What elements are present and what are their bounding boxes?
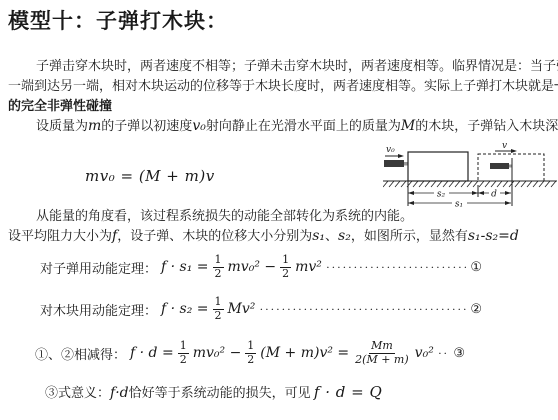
fraction-Mm-over-2Mm: Mm2(M + m) xyxy=(353,340,411,366)
intro-text-2: 一端到达另一端，相对木块运动的位移等于木块长度时，两者速度相等。实际上子弹打木块… xyxy=(8,78,554,93)
assume-text-4: ，如图所示，显然有 xyxy=(351,228,468,243)
s2-arrowhead-right xyxy=(472,191,478,195)
ground-hatch xyxy=(383,181,556,187)
relation-s1-s2-d: s₁-s₂=d xyxy=(468,228,519,244)
v0-arrowhead xyxy=(398,154,404,158)
v-label: v xyxy=(502,141,507,151)
document-page: 模型十：子弹打木块： 子弹击穿木块时，两者速度不相等；子弹未击穿木块时，两者速度… xyxy=(0,0,558,420)
var-s2: s₂ xyxy=(338,228,351,244)
s1-label: s₁ xyxy=(455,200,463,210)
v0-label: v₀ xyxy=(386,145,395,155)
s2-arrowhead-left xyxy=(408,191,414,195)
s2-label: s₂ xyxy=(437,190,446,200)
equation-1-row: 对子弹用动能定理： f · s₁ = 12 mv₀² − 12 mv² ····… xyxy=(40,250,482,284)
intro-line-1: 子弹击穿木块时，两者速度不相等；子弹未击穿木块时，两者速度相等。临界情况是：当子… xyxy=(36,57,558,75)
var-s1: s₁ xyxy=(312,228,325,244)
equation-1-label: 对子弹用动能定理： xyxy=(40,258,157,277)
bullet-block-figure: v₀ v s₂ d s₁ xyxy=(383,140,557,215)
d-label: d xyxy=(491,190,497,200)
fraction-one-half: 12 xyxy=(280,254,291,280)
fd-equals-Q: f · d = Q xyxy=(314,383,382,401)
bullet-final xyxy=(490,163,509,169)
eq1-term-1: mv₀² − xyxy=(228,259,277,275)
v-arrowhead xyxy=(511,149,517,153)
fraction-one-half: 12 xyxy=(245,340,256,366)
eq3-term-3: v₀² xyxy=(415,345,434,361)
meaning-text-2: 恰好等于系统动能的损失，可见 xyxy=(129,385,314,400)
intro-text-2-bold: 一动一静 xyxy=(554,78,558,93)
intro-text-1: 子弹击穿木块时，两者速度不相等；子弹未击穿木块时，两者速度相等。临界情况是：当子… xyxy=(36,58,558,73)
eq3-term-1: mv₀² − xyxy=(193,345,242,361)
fraction-one-half: 12 xyxy=(178,340,189,366)
var-M: M xyxy=(401,118,415,134)
bullet-initial-tip xyxy=(404,162,408,166)
energy-note: 从能量的角度看，该过程系统损失的动能全部转化为系统的内能。 xyxy=(36,207,413,225)
eq3-term-2: (M + m)v² = xyxy=(260,345,349,361)
setup-text-2: 的子弹以初速度 xyxy=(101,118,192,133)
equation-2-label: 对木块用动能定理： xyxy=(40,300,157,319)
equation-1-number: ① xyxy=(470,259,482,275)
s1-arrowhead-left xyxy=(408,201,414,205)
bullet-initial xyxy=(384,160,404,167)
d-arrowhead-left xyxy=(478,191,484,195)
page-title: 模型十：子弹打木块： xyxy=(8,5,228,35)
equation-3-number: ③ xyxy=(453,345,465,361)
var-m: m xyxy=(88,118,101,134)
meaning-text-1: ③式意义： xyxy=(45,385,110,400)
setup-text-3: 射向静止在光滑水平面上的质量为 xyxy=(206,118,401,133)
intro-text-3: 的完全非弹性碰撞 xyxy=(8,98,112,113)
dot-leader: ········································… xyxy=(438,346,450,361)
eq1-term-2: mv² xyxy=(295,259,322,275)
assume-text-2: ，设子弹、木块的位移大小分别为 xyxy=(117,228,312,243)
fraction-one-half: 12 xyxy=(213,296,224,322)
equation-2-number: ② xyxy=(470,301,482,317)
eq1-lhs: f · s₁ = xyxy=(161,259,209,275)
equation-2-row: 对木块用动能定理： f · s₂ = 12 Mv² ··············… xyxy=(40,292,482,326)
momentum-equation: mv₀ = (M + m)v xyxy=(85,167,215,185)
var-v0: v₀ xyxy=(192,118,206,134)
eq2-term-1: Mv² xyxy=(228,301,256,317)
setup-text-4: 的木块，子弹钻入木块深度为 xyxy=(415,118,558,133)
equation-3-label: ①、②相减得： xyxy=(35,344,126,363)
intro-line-2: 一端到达另一端，相对木块运动的位移等于木块长度时，两者速度相等。实际上子弹打木块… xyxy=(8,77,558,95)
d-arrowhead-right xyxy=(505,191,511,195)
assume-text-1: 设平均阻力大小为 xyxy=(8,228,112,243)
eq3-lhs: f · d = xyxy=(130,345,174,361)
assume-text-3: 、 xyxy=(325,228,338,243)
intro-line-3-bold: 的完全非弹性碰撞 xyxy=(8,97,112,115)
fd-product: f·d xyxy=(110,385,129,401)
dot-leader: ········································… xyxy=(259,302,466,317)
block-initial xyxy=(408,152,468,181)
eq2-lhs: f · s₂ = xyxy=(161,301,209,317)
setup-line: 设质量为m的子弹以初速度v₀射向静止在光滑水平面上的质量为M的木块，子弹钻入木块… xyxy=(36,117,558,135)
s1-arrowhead-right xyxy=(505,201,511,205)
meaning-line: ③式意义：f·d恰好等于系统动能的损失，可见 f · d = Q xyxy=(45,383,382,402)
assume-line: 设平均阻力大小为f，设子弹、木块的位移大小分别为s₁、s₂，如图所示，显然有s₁… xyxy=(8,227,519,245)
equation-3-row: ①、②相减得： f · d = 12 mv₀² − 12 (M + m)v² =… xyxy=(35,334,465,372)
setup-text-1: 设质量为 xyxy=(36,118,88,133)
fraction-one-half: 12 xyxy=(213,254,224,280)
dot-leader: ········································… xyxy=(326,260,466,275)
